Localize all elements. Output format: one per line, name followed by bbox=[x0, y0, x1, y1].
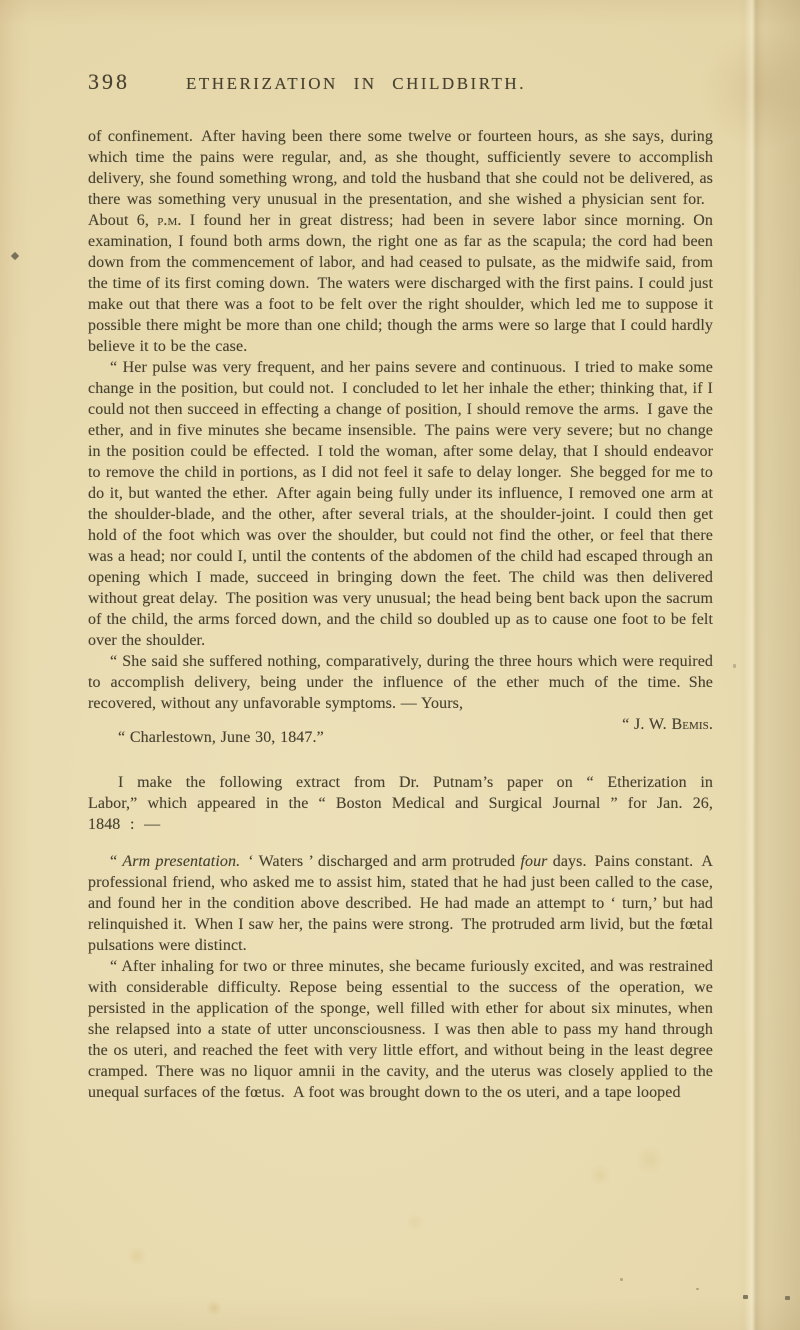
text-run: ‘ Waters ’ discharged and arm protruded bbox=[240, 853, 520, 870]
paragraph-confinement-continuation: of confinement. After having been there … bbox=[88, 126, 713, 357]
paragraph-extract-intro: I make the following extract from Dr. Pu… bbox=[88, 772, 713, 835]
book-page-scan: 398 ETHERIZATION IN CHILDBIRTH. of confi… bbox=[0, 0, 800, 1330]
text-run: I found her in great distress; had been … bbox=[88, 212, 713, 355]
text-run: “ She said she suffered nothing, compara… bbox=[88, 653, 713, 712]
paragraph-arm-presentation: “ Arm presentation. ‘ Waters ’ discharge… bbox=[88, 851, 713, 956]
small-caps-text: p.m. bbox=[157, 212, 181, 229]
text-run: “ bbox=[110, 853, 122, 870]
ink-speck bbox=[620, 1278, 623, 1281]
ink-speck bbox=[743, 1295, 748, 1299]
dateline: “ Charlestown, June 30, 1847.” bbox=[88, 727, 713, 748]
paragraph-she-said: “ She said she suffered nothing, compara… bbox=[88, 651, 713, 714]
ink-speck bbox=[785, 1296, 790, 1300]
paragraph-after-inhaling: “ After inhaling for two or three minute… bbox=[88, 956, 713, 1103]
page-body: of confinement. After having been there … bbox=[88, 126, 713, 1103]
paragraph-her-pulse: “ Her pulse was very frequent, and her p… bbox=[88, 357, 713, 651]
running-title: ETHERIZATION IN CHILDBIRTH. bbox=[88, 74, 624, 94]
text-run: “ Her pulse was very frequent, and her p… bbox=[88, 359, 713, 649]
italic-text: four bbox=[520, 853, 547, 870]
italic-text: Arm presentation. bbox=[122, 853, 240, 870]
text-run: I make the following extract from Dr. Pu… bbox=[88, 774, 713, 833]
page-fold-crease bbox=[744, 0, 766, 1330]
text-run: “ J. W. bbox=[622, 716, 671, 733]
text-run: “ After inhaling for two or three minute… bbox=[88, 958, 713, 1101]
text-run: “ Charlestown, June 30, 1847.” bbox=[118, 729, 324, 746]
small-caps-text: Bemis. bbox=[671, 716, 713, 733]
ink-speck bbox=[696, 1288, 699, 1290]
ink-speck bbox=[11, 252, 19, 260]
ink-speck bbox=[733, 664, 736, 668]
